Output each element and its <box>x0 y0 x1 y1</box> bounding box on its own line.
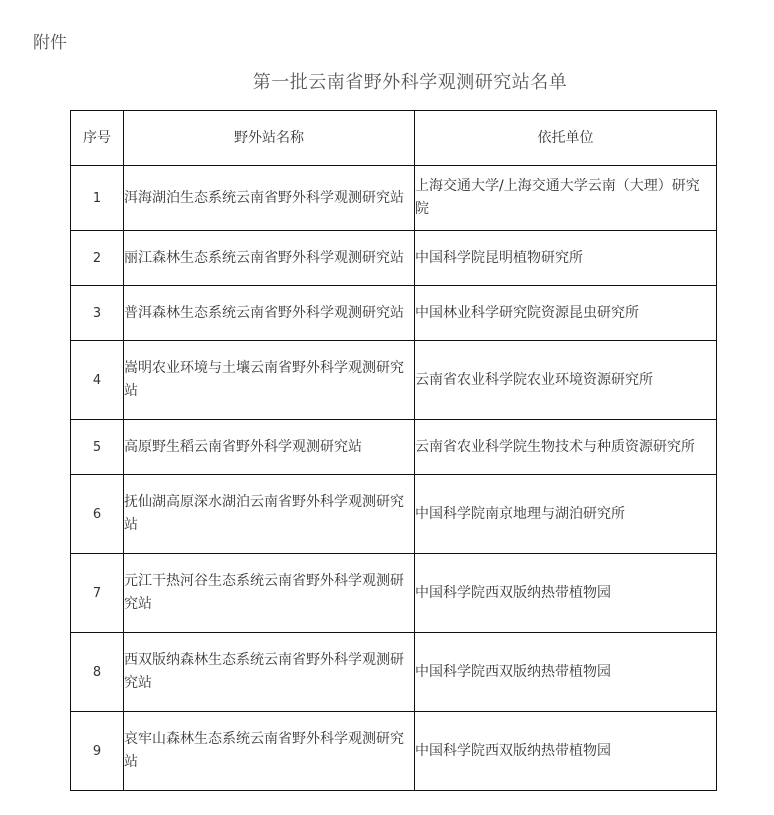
host-organization-text: 中国科学院昆明植物研究所 <box>415 247 716 270</box>
table-row: 4 嵩明农业环境与土壤云南省野外科学观测研究站 云南省农业科学院农业环境资源研究… <box>71 341 717 420</box>
header-station-name: 野外站名称 <box>124 111 415 166</box>
host-organization-text: 云南省农业科学院生物技术与种质资源研究所 <box>415 436 716 459</box>
host-organization: 中国科学院西双版纳热带植物园 <box>415 633 717 712</box>
table-row: 3 普洱森林生态系统云南省野外科学观测研究站 中国林业科学研究院资源昆虫研究所 <box>71 286 717 341</box>
table-row: 1 洱海湖泊生态系统云南省野外科学观测研究站 上海交通大学/上海交通大学云南（大… <box>71 166 717 231</box>
station-name: 抚仙湖高原深水湖泊云南省野外科学观测研究站 <box>124 475 415 554</box>
table-row: 6 抚仙湖高原深水湖泊云南省野外科学观测研究站 中国科学院南京地理与湖泊研究所 <box>71 475 717 554</box>
host-organization: 中国科学院昆明植物研究所 <box>415 231 717 286</box>
station-name-text: 洱海湖泊生态系统云南省野外科学观测研究站 <box>124 187 414 210</box>
attachment-label: 附件 <box>33 28 67 53</box>
host-organization-text: 中国科学院南京地理与湖泊研究所 <box>415 503 716 526</box>
station-name-text: 普洱森林生态系统云南省野外科学观测研究站 <box>124 302 414 325</box>
serial-number: 1 <box>71 166 124 231</box>
serial-number: 4 <box>71 341 124 420</box>
serial-number: 8 <box>71 633 124 712</box>
host-organization: 中国科学院南京地理与湖泊研究所 <box>415 475 717 554</box>
station-name-text: 哀牢山森林生态系统云南省野外科学观测研究站 <box>124 728 414 774</box>
serial-number: 9 <box>71 712 124 791</box>
station-name-text: 嵩明农业环境与土壤云南省野外科学观测研究站 <box>124 357 414 403</box>
serial-number: 3 <box>71 286 124 341</box>
station-name: 嵩明农业环境与土壤云南省野外科学观测研究站 <box>124 341 415 420</box>
host-organization-text: 中国科学院西双版纳热带植物园 <box>415 582 716 605</box>
table-row: 5 高原野生稻云南省野外科学观测研究站 云南省农业科学院生物技术与种质资源研究所 <box>71 420 717 475</box>
station-name: 洱海湖泊生态系统云南省野外科学观测研究站 <box>124 166 415 231</box>
station-name: 哀牢山森林生态系统云南省野外科学观测研究站 <box>124 712 415 791</box>
station-list-table: 序号 野外站名称 依托单位 1 洱海湖泊生态系统云南省野外科学观测研究站 上海交… <box>70 110 717 791</box>
host-organization: 云南省农业科学院农业环境资源研究所 <box>415 341 717 420</box>
host-organization-text: 中国林业科学研究院资源昆虫研究所 <box>415 302 716 325</box>
page-title: 第一批云南省野外科学观测研究站名单 <box>0 68 774 94</box>
host-organization: 上海交通大学/上海交通大学云南（大理）研究院 <box>415 166 717 231</box>
host-organization-text: 上海交通大学/上海交通大学云南（大理）研究院 <box>415 175 716 221</box>
serial-number: 5 <box>71 420 124 475</box>
table-row: 7 元江干热河谷生态系统云南省野外科学观测研究站 中国科学院西双版纳热带植物园 <box>71 554 717 633</box>
host-organization-text: 中国科学院西双版纳热带植物园 <box>415 661 716 684</box>
host-organization: 中国科学院西双版纳热带植物园 <box>415 554 717 633</box>
host-organization-text: 中国科学院西双版纳热带植物园 <box>415 740 716 763</box>
station-name: 丽江森林生态系统云南省野外科学观测研究站 <box>124 231 415 286</box>
station-name: 元江干热河谷生态系统云南省野外科学观测研究站 <box>124 554 415 633</box>
host-organization: 云南省农业科学院生物技术与种质资源研究所 <box>415 420 717 475</box>
header-host-organization: 依托单位 <box>415 111 717 166</box>
table-row: 9 哀牢山森林生态系统云南省野外科学观测研究站 中国科学院西双版纳热带植物园 <box>71 712 717 791</box>
serial-number: 2 <box>71 231 124 286</box>
table-header-row: 序号 野外站名称 依托单位 <box>71 111 717 166</box>
host-organization: 中国林业科学研究院资源昆虫研究所 <box>415 286 717 341</box>
header-serial-number: 序号 <box>71 111 124 166</box>
station-name-text: 元江干热河谷生态系统云南省野外科学观测研究站 <box>124 570 414 616</box>
serial-number: 6 <box>71 475 124 554</box>
serial-number: 7 <box>71 554 124 633</box>
station-name-text: 抚仙湖高原深水湖泊云南省野外科学观测研究站 <box>124 491 414 537</box>
station-name: 西双版纳森林生态系统云南省野外科学观测研究站 <box>124 633 415 712</box>
host-organization: 中国科学院西双版纳热带植物园 <box>415 712 717 791</box>
station-name: 普洱森林生态系统云南省野外科学观测研究站 <box>124 286 415 341</box>
table-row: 2 丽江森林生态系统云南省野外科学观测研究站 中国科学院昆明植物研究所 <box>71 231 717 286</box>
host-organization-text: 云南省农业科学院农业环境资源研究所 <box>415 369 716 392</box>
station-name-text: 西双版纳森林生态系统云南省野外科学观测研究站 <box>124 649 414 695</box>
station-name: 高原野生稻云南省野外科学观测研究站 <box>124 420 415 475</box>
table-row: 8 西双版纳森林生态系统云南省野外科学观测研究站 中国科学院西双版纳热带植物园 <box>71 633 717 712</box>
station-name-text: 丽江森林生态系统云南省野外科学观测研究站 <box>124 247 414 270</box>
station-name-text: 高原野生稻云南省野外科学观测研究站 <box>124 436 414 459</box>
